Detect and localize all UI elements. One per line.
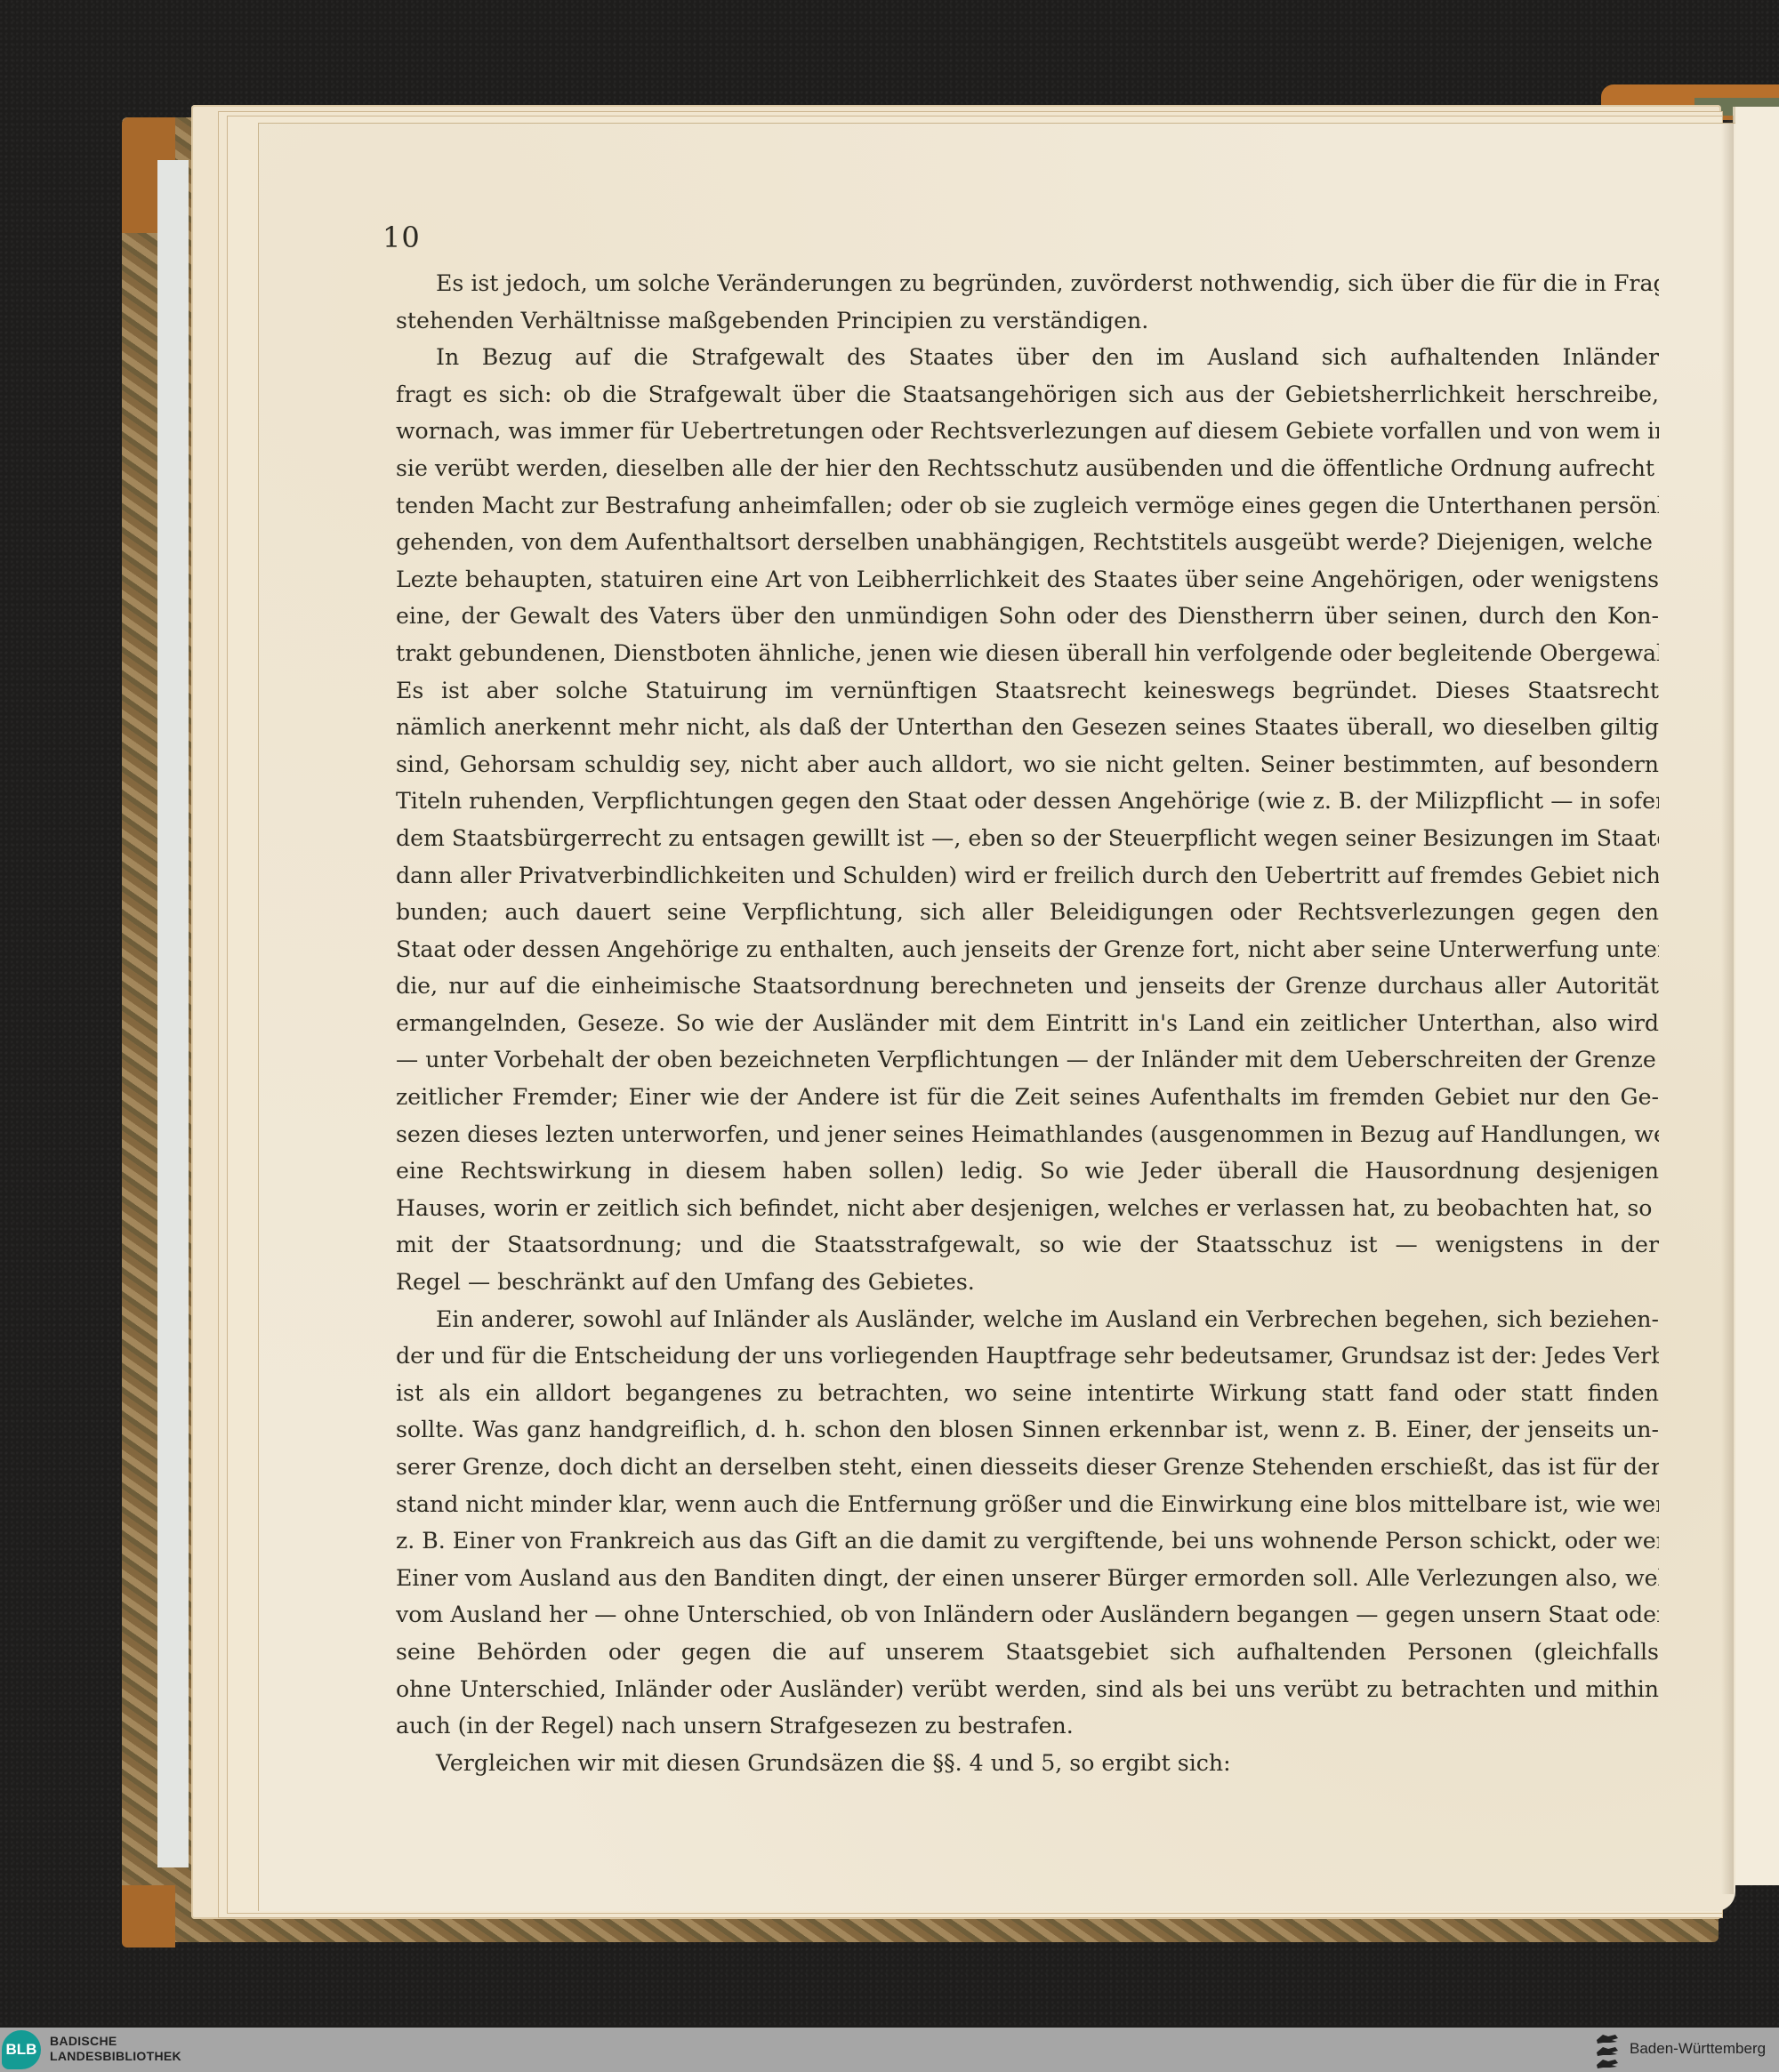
text-line: sezen dieses lezten unterworfen, und jen…	[396, 1116, 1659, 1153]
text-line: stehenden Verhältnisse maßgebenden Princ…	[396, 302, 1659, 340]
baden-wuerttemberg-lions-icon	[1594, 2031, 1621, 2070]
page-number: 10	[382, 221, 421, 254]
text-line: die, nur auf die einheimische Staatsordn…	[396, 968, 1659, 1005]
text-line: sie verübt werden, dieselben alle der hi…	[396, 450, 1659, 487]
text-line: seine Behörden oder gegen die auf unsere…	[396, 1634, 1659, 1671]
gutter-shadow	[1721, 116, 1734, 1894]
text-line: Staat oder dessen Angehörige zu enthalte…	[396, 931, 1659, 968]
text-line: ist als ein alldort begangenes zu betrac…	[396, 1375, 1659, 1412]
page-body-text: Es ist jedoch, um solche Veränderungen z…	[396, 265, 1659, 1781]
text-line: ohne Unterschied, Inländer oder Auslände…	[396, 1671, 1659, 1708]
text-line: Regel — beschränkt auf den Umfang des Ge…	[396, 1264, 1659, 1301]
endpaper	[157, 160, 189, 1867]
text-line: gehenden, von dem Aufenthaltsort derselb…	[396, 524, 1659, 561]
text-line: dann aller Privatverbindlichkeiten und S…	[396, 857, 1659, 895]
text-line: der und für die Entscheidung der uns vor…	[396, 1337, 1659, 1375]
text-line: zeitlicher Fremder; Einer wie der Andere…	[396, 1079, 1659, 1116]
library-name-line1: BADISCHE	[50, 2034, 181, 2049]
text-line: dem Staatsbürgerrecht zu entsagen gewill…	[396, 820, 1659, 857]
facing-page-edge	[1733, 107, 1779, 1885]
text-line: bunden; auch dauert seine Verpflichtung,…	[396, 894, 1659, 931]
text-line: serer Grenze, doch dicht an derselben st…	[396, 1449, 1659, 1486]
library-name-line2: LANDESBIBLIOTHEK	[50, 2049, 181, 2064]
text-line: ermangelnden, Geseze. So wie der Ausländ…	[396, 1005, 1659, 1042]
text-line: In Bezug auf die Strafgewalt des Staates…	[396, 339, 1659, 376]
text-line: sollte. Was ganz handgreiflich, d. h. sc…	[396, 1411, 1659, 1449]
text-line: Titeln ruhenden, Verpflichtungen gegen d…	[396, 783, 1659, 820]
text-line: mit der Staatsordnung; und die Staatsstr…	[396, 1226, 1659, 1264]
text-line: eine Rechtswirkung in diesem haben solle…	[396, 1152, 1659, 1190]
text-line: nämlich anerkennt mehr nicht, als daß de…	[396, 709, 1659, 746]
text-line: Es ist jedoch, um solche Veränderungen z…	[396, 265, 1659, 302]
state-name: Baden-Württemberg	[1630, 2040, 1766, 2058]
blb-logo-icon: BLB	[2, 2030, 41, 2069]
text-line: tenden Macht zur Bestrafung anheimfallen…	[396, 487, 1659, 525]
text-line: stand nicht minder klar, wenn auch die E…	[396, 1486, 1659, 1523]
text-line: sind, Gehorsam schuldig sey, nicht aber …	[396, 746, 1659, 783]
library-footer-bar: BLB BADISCHE LANDESBIBLIOTHEK Baden-Würt…	[0, 2028, 1779, 2072]
text-line: Ein anderer, sowohl auf Inländer als Aus…	[396, 1301, 1659, 1338]
text-line: Vergleichen wir mit diesen Grundsäzen di…	[396, 1745, 1659, 1782]
text-line: z. B. Einer von Frankreich aus das Gift …	[396, 1522, 1659, 1560]
text-line: auch (in der Regel) nach unsern Strafges…	[396, 1707, 1659, 1745]
leather-corner-bottom-left	[122, 1885, 175, 1948]
text-line: Es ist aber solche Statuirung im vernünf…	[396, 672, 1659, 710]
text-line: wornach, was immer für Uebertretungen od…	[396, 413, 1659, 450]
library-name: BADISCHE LANDESBIBLIOTHEK	[50, 2034, 181, 2064]
text-line: fragt es sich: ob die Strafgewalt über d…	[396, 376, 1659, 414]
text-line: eine, der Gewalt des Vaters über den unm…	[396, 598, 1659, 635]
text-line: Hauses, worin er zeitlich sich befindet,…	[396, 1190, 1659, 1227]
text-line: vom Ausland her — ohne Unterschied, ob v…	[396, 1596, 1659, 1634]
text-line: — unter Vorbehalt der oben bezeichneten …	[396, 1041, 1659, 1079]
text-line: Lezte behaupten, statuiren eine Art von …	[396, 561, 1659, 598]
text-line: Einer vom Ausland aus den Banditen dingt…	[396, 1560, 1659, 1597]
text-line: trakt gebundenen, Dienstboten ähnliche, …	[396, 635, 1659, 672]
